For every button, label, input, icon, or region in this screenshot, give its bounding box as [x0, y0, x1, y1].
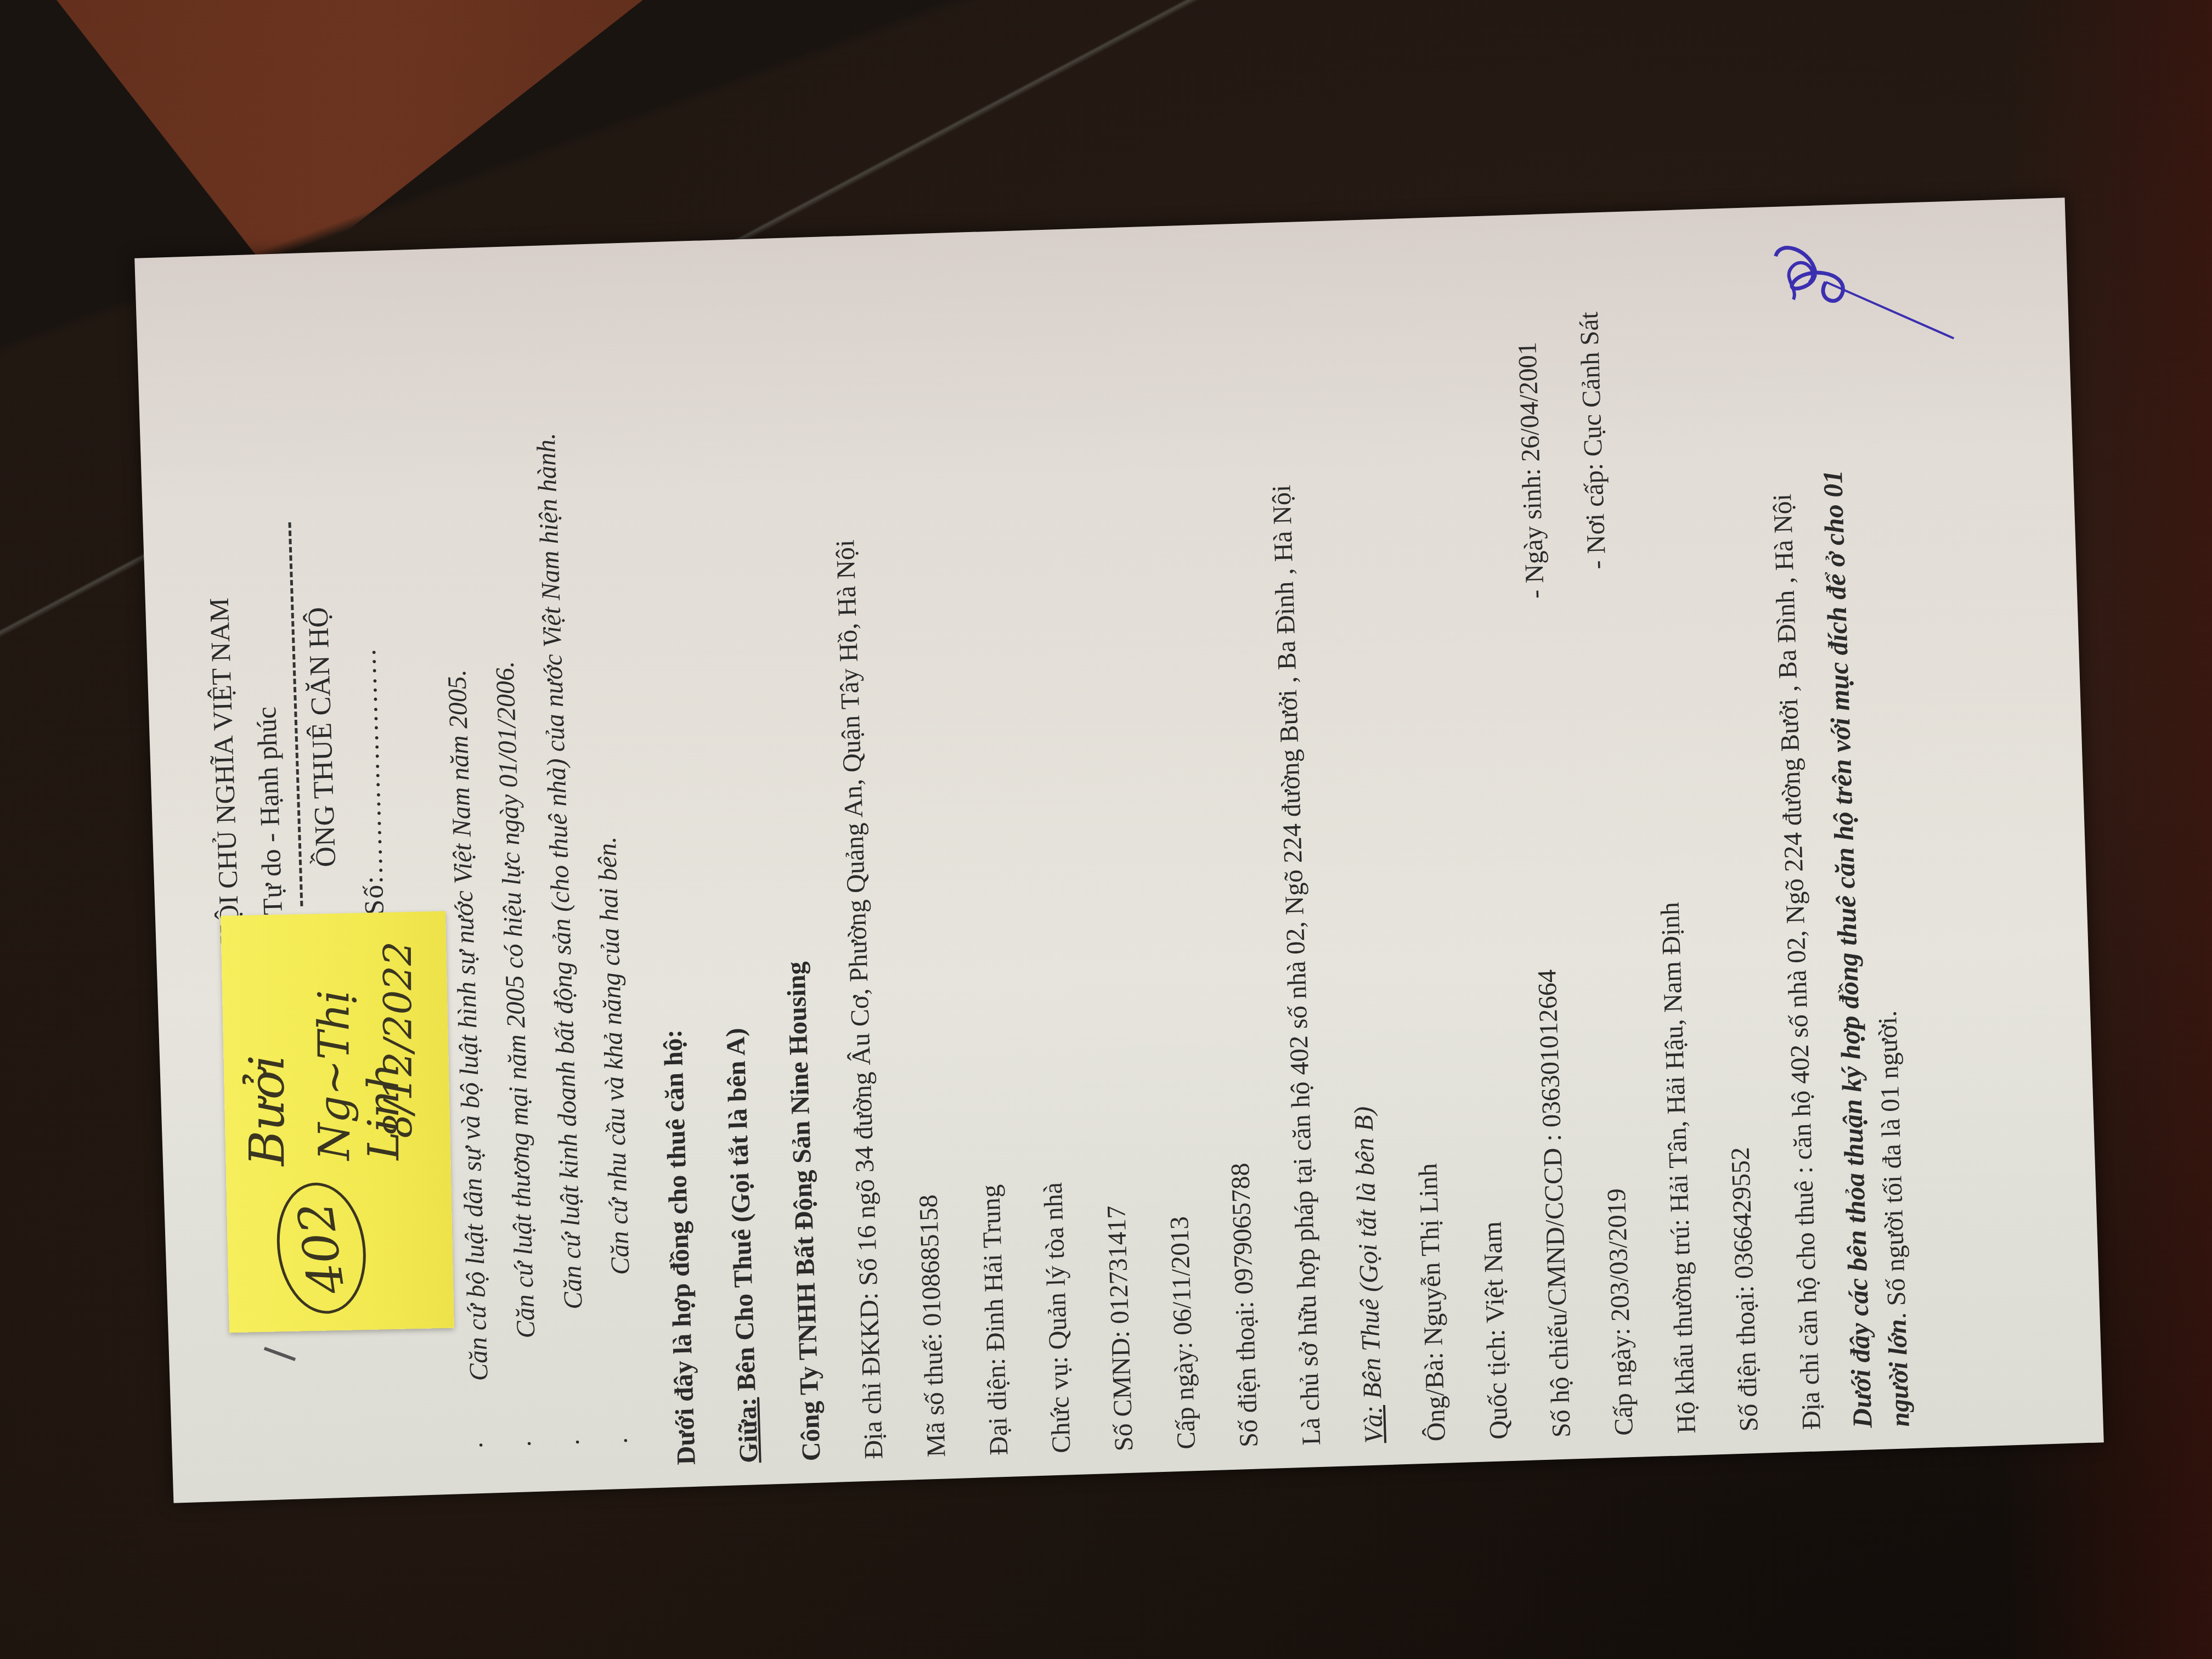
- sticky-note: 402 Bưởi Ng~Thị Linh 8/12/2022: [221, 911, 454, 1333]
- national-header-line1: HỘI CHỦ NGHĨA VIỆT NAM: [203, 597, 246, 945]
- bullet-icon: ·: [457, 1440, 505, 1451]
- agreement-max-people: . Số người tối đa là 01 người.: [1873, 1010, 1912, 1319]
- party-b-id-number: Số hộ chiếu/CMND/CCCD : 036301012664: [1532, 969, 1576, 1438]
- party-b-issue-place: - Nơi cấp: Cục Cảnh Sát: [1558, 311, 1629, 571]
- sticky-room-number: 402: [269, 1177, 375, 1319]
- agreement-adult-label: người lớn: [1883, 1319, 1915, 1427]
- party-a-role: Bên Cho Thuê (Gọi tắt là bên A): [721, 1028, 761, 1391]
- legal-basis-list: ·Căn cứ bộ luật dân sự và bộ luật hình s…: [421, 292, 651, 1450]
- party-b-role: Bên Thuê (Gọi tắt là bên B): [1349, 1106, 1387, 1400]
- signature-icon: [1758, 218, 1960, 366]
- contract-title: ỒNG THUÊ CĂN HỘ: [302, 606, 342, 867]
- sticky-street: Bưởi: [239, 1055, 296, 1166]
- header-divider: [288, 522, 303, 906]
- contract-body: Dưới đây là hợp đồng cho thuê căn hộ: Gi…: [618, 220, 1920, 1466]
- party-a-label: Giữa:: [732, 1397, 764, 1464]
- sticky-date: 8/12/2022: [375, 941, 421, 1138]
- bullet-icon: ·: [602, 1435, 650, 1446]
- contract-number: Số:……………………: [350, 646, 390, 915]
- bullet-icon: ·: [554, 1437, 602, 1447]
- party-b-label: Và:: [1358, 1405, 1389, 1444]
- bullet-icon: ·: [505, 1438, 554, 1449]
- sticky-note-content: 402 Bưởi Ng~Thị Linh 8/12/2022: [233, 924, 443, 1319]
- party-b-issue-date: Cấp ngày: 203/03/2019: [1602, 1188, 1639, 1436]
- party-b-birth-date: - Ngày sinh: 26/04/2001: [1496, 341, 1567, 599]
